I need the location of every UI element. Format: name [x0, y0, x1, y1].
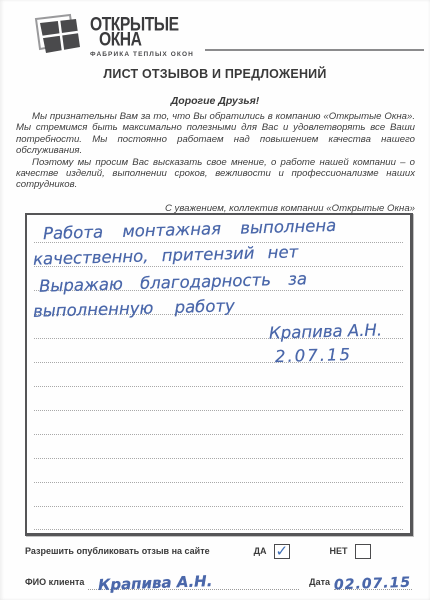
- logo-tagline: ФАБРИКА ТЕПЛЫХ ОКОН: [90, 51, 194, 58]
- ruled-line: [34, 506, 403, 507]
- ruled-line: [34, 529, 403, 530]
- handwritten-footer-date: 02.07.15: [334, 575, 412, 594]
- logo-line2: ОКНА: [99, 31, 186, 48]
- logo-text: ОТКРЫТЫЕ ОКНА ФАБРИКА ТЕПЛЫХ ОКОН: [90, 9, 194, 58]
- ruled-line: [34, 482, 403, 483]
- no-label: НЕТ: [330, 546, 348, 556]
- handwritten-review-line: качественно, притензий нет: [33, 242, 299, 268]
- yes-checkbox[interactable]: ✓: [274, 544, 290, 559]
- client-name-field[interactable]: Крапива А.Н.: [88, 567, 299, 590]
- date-label: Дата: [309, 577, 330, 590]
- intro-paragraph-2: Поэтому мы просим Вас высказать свое мне…: [16, 157, 415, 191]
- ruled-line: [34, 242, 403, 243]
- window-logo-icon: [30, 9, 86, 57]
- checkmark-icon: ✓: [276, 545, 289, 558]
- client-name-label: ФИО клиента: [25, 577, 84, 590]
- handwritten-client-name: Крапива А.Н.: [98, 572, 213, 594]
- publish-label: Разрешить опубликовать отзыв на сайте: [25, 546, 210, 556]
- intro-paragraph-1: Мы признательны Вам за то, что Вы обрати…: [16, 111, 415, 157]
- yes-label: ДА: [254, 546, 267, 556]
- client-info-row: ФИО клиента Крапива А.Н. Дата 02.07.15: [25, 566, 416, 590]
- ruled-line: [34, 458, 403, 459]
- handwritten-review-line: Работа монтажная выполнена: [43, 216, 337, 243]
- handwritten-date: 2.07.15: [275, 345, 352, 366]
- feedback-form-page: ОТКРЫТЫЕ ОКНА ФАБРИКА ТЕПЛЫХ ОКОН ЛИСТ О…: [0, 0, 430, 600]
- ruled-line: [34, 386, 403, 387]
- no-checkbox[interactable]: [355, 544, 371, 559]
- handwritten-signature: Крапива А.Н.: [269, 320, 383, 342]
- salutation: Дорогие Друзья!: [0, 95, 430, 107]
- handwritten-review-line: выполненную работу: [33, 296, 235, 321]
- header-divider: [205, 49, 424, 51]
- date-field[interactable]: 02.07.15: [334, 567, 412, 590]
- company-logo: ОТКРЫТЫЕ ОКНА ФАБРИКА ТЕПЛЫХ ОКОН: [30, 9, 194, 58]
- page-title: ЛИСТ ОТЗЫВОВ И ПРЕДЛОЖЕНИЙ: [0, 67, 430, 81]
- ruled-line: [34, 410, 403, 411]
- handwritten-review-line: Выражаю благодарность за: [39, 269, 307, 295]
- publish-consent-row: Разрешить опубликовать отзыв на сайте ДА…: [25, 541, 412, 561]
- intro-text: Мы признательны Вам за то, что Вы обрати…: [16, 111, 415, 214]
- ruled-line: [34, 434, 403, 435]
- review-writing-area[interactable]: Работа монтажная выполнена качественно, …: [25, 213, 413, 536]
